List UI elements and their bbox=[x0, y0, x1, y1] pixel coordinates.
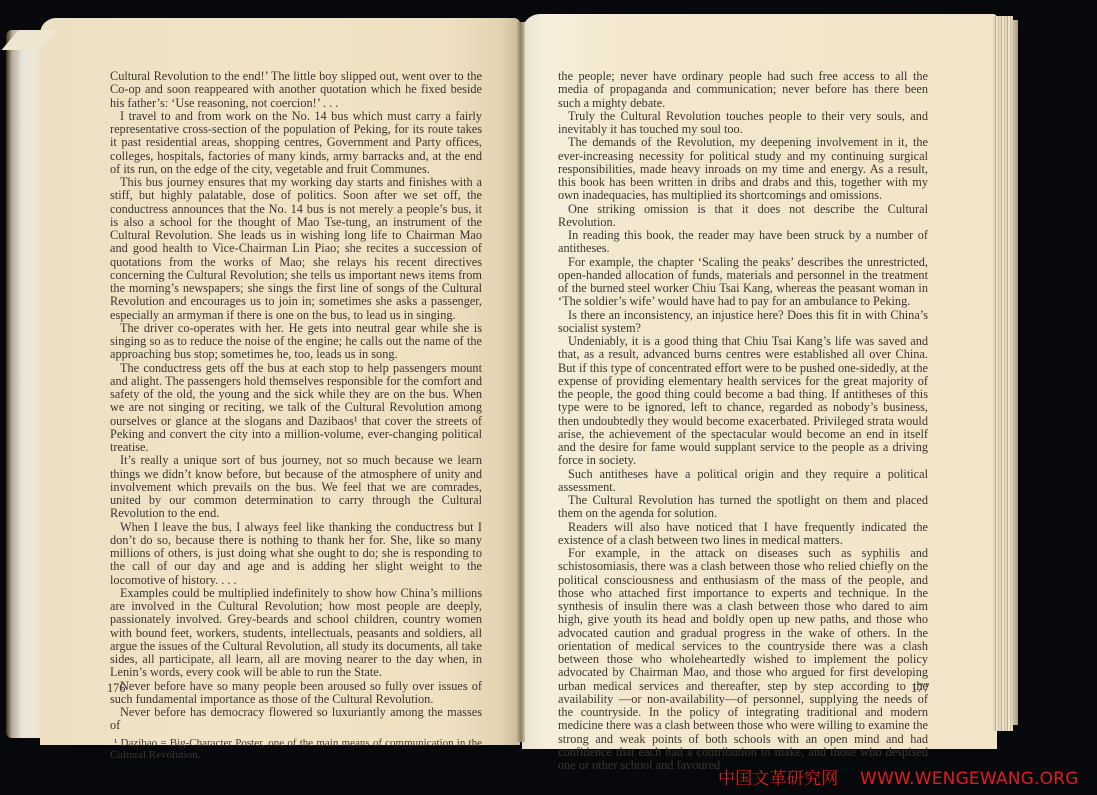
paragraph: For example, the chapter ‘Scaling the pe… bbox=[558, 256, 928, 309]
paragraph: Is there an inconsistency, an injustice … bbox=[558, 309, 928, 336]
paragraph: Cultural Revolution to the end!’ The lit… bbox=[110, 70, 482, 110]
paragraph: One striking omission is that it does no… bbox=[558, 203, 928, 230]
right-cover-edge bbox=[1012, 20, 1018, 725]
paragraph: The Cultural Revolution has turned the s… bbox=[558, 494, 928, 521]
paragraph: Examples could be multiplied indefinitel… bbox=[110, 587, 482, 680]
page-number-right: 177 bbox=[911, 681, 929, 696]
right-page-stack-edge bbox=[993, 16, 1013, 731]
paragraph: In reading this book, the reader may hav… bbox=[558, 229, 928, 256]
paragraph: Truly the Cultural Revolution touches pe… bbox=[558, 110, 928, 137]
book-spread: Cultural Revolution to the end!’ The lit… bbox=[0, 0, 1097, 795]
footnote: ¹ Dazibao = Big-Character Poster, one of… bbox=[110, 737, 482, 762]
paragraph: When I leave the bus, I always feel like… bbox=[110, 521, 482, 587]
watermark: 中国文革研究网 WWW.WENGEWANG.ORG bbox=[718, 764, 1079, 789]
paragraph: For example, in the attack on diseases s… bbox=[558, 547, 928, 772]
paragraph: the people; never have ordinary people h… bbox=[558, 70, 928, 110]
paragraph: Never before has democracy flowered so l… bbox=[110, 706, 482, 733]
paragraph: Such antitheses have a political origin … bbox=[558, 468, 928, 495]
paragraph: This bus journey ensures that my working… bbox=[110, 176, 482, 322]
paragraph: Never before have so many people been ar… bbox=[110, 680, 482, 707]
paragraph: The demands of the Revolution, my deepen… bbox=[558, 136, 928, 202]
watermark-chinese: 中国文革研究网 bbox=[718, 769, 838, 789]
watermark-url: WWW.WENGEWANG.ORG bbox=[860, 769, 1079, 789]
paragraph: Readers will also have noticed that I ha… bbox=[558, 521, 928, 548]
paragraph: The driver co-operates with her. He gets… bbox=[110, 322, 482, 362]
book-gutter bbox=[517, 22, 525, 742]
paragraph: It’s really a unique sort of bus journey… bbox=[110, 454, 482, 520]
paragraph: I travel to and from work on the No. 14 … bbox=[110, 110, 482, 176]
left-page-body: Cultural Revolution to the end!’ The lit… bbox=[110, 70, 482, 762]
right-page-body: the people; never have ordinary people h… bbox=[558, 70, 928, 772]
paragraph: Undeniably, it is a good thing that Chiu… bbox=[558, 335, 928, 468]
paragraph: The conductress gets off the bus at each… bbox=[110, 362, 482, 455]
page-number-left: 176 bbox=[107, 681, 125, 696]
